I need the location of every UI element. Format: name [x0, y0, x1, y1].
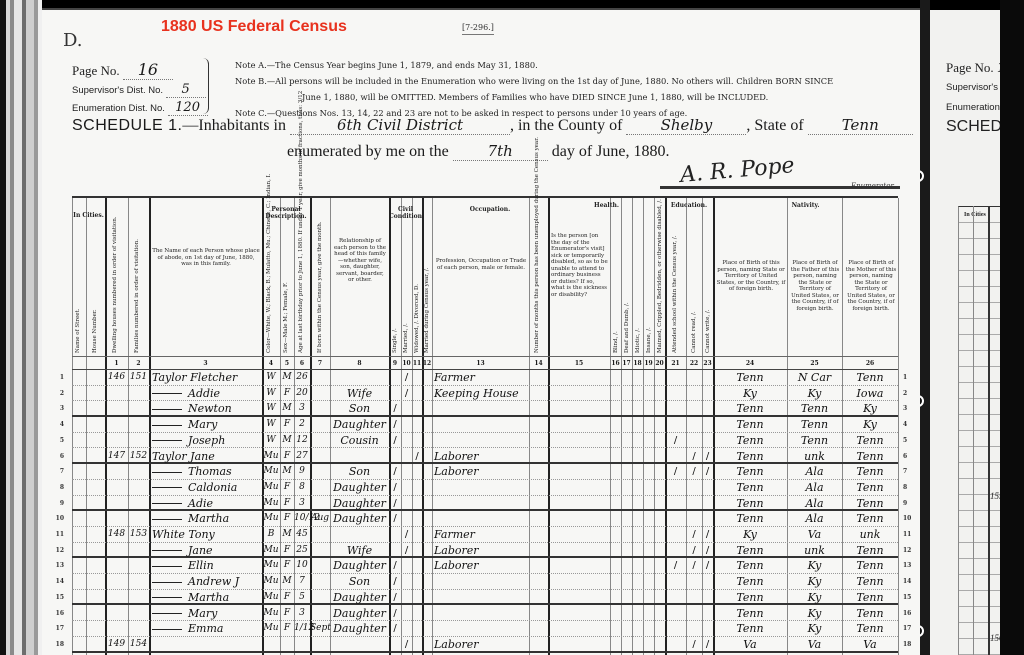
line-number: 11: [50, 531, 64, 538]
cell-write: /: [702, 464, 713, 480]
cell-family: [128, 386, 149, 402]
cell-relation: Daughter: [330, 480, 389, 496]
cell-father: Ky: [787, 558, 842, 574]
person-name: Taylor Jane: [152, 449, 260, 465]
cell-single: [389, 449, 401, 465]
cell-widowed: [412, 511, 422, 527]
line-number-right: 14: [903, 578, 917, 585]
note-a: Note A.—The Census Year begins June 1, 1…: [235, 57, 833, 73]
cell-birth: Tenn: [713, 606, 787, 622]
cell-write: [702, 386, 713, 402]
cell-single: /: [389, 480, 401, 496]
header-health: Health.: [548, 202, 665, 209]
cell-age: 7: [294, 574, 310, 590]
cell-single: /: [389, 496, 401, 512]
cell-relation: Cousin: [330, 433, 389, 449]
cell-write: [702, 480, 713, 496]
line-number-right: 8: [903, 484, 917, 491]
cell-write: [702, 621, 713, 637]
cell-mother: Tenn: [842, 558, 898, 574]
cell-family: 152: [128, 449, 149, 465]
header-cannot-write: Cannot write, /.: [705, 298, 711, 353]
cell-father: Ala: [787, 464, 842, 480]
cell-color: Mu: [262, 574, 280, 590]
cell-widowed: [412, 527, 422, 543]
cell-family: 151: [128, 370, 149, 386]
cell-read: [686, 574, 702, 590]
cell-color: Mu: [262, 543, 280, 559]
cell-widowed: [412, 621, 422, 637]
cell-birth: Tenn: [713, 449, 787, 465]
cell-widowed: [412, 464, 422, 480]
cell-widowed: [412, 401, 422, 417]
line-number: 7: [50, 468, 64, 475]
cell-born-month: [310, 606, 330, 622]
brace: [203, 58, 209, 114]
cell-married: [401, 511, 412, 527]
cell-mother: Tenn: [842, 449, 898, 465]
cell-family: [128, 621, 149, 637]
cell-relation: Wife: [330, 386, 389, 402]
next-page-enumeration-label: Enumeration Di: [946, 102, 1000, 113]
given-name: Emma: [188, 622, 223, 635]
given-name: Mary: [188, 418, 217, 431]
given-name: Fletcher: [190, 371, 237, 384]
cell-father: unk: [787, 543, 842, 559]
given-name: Jane: [190, 450, 215, 463]
table-row: 11Taylor Fletcher146151WM26/FarmerTennN …: [72, 370, 898, 386]
cell-single: /: [389, 464, 401, 480]
cell-widowed: [412, 417, 422, 433]
enumeration-district-field: Enumeration Dist. No. 120: [72, 100, 208, 116]
cell-read: [686, 386, 702, 402]
cell-read: [686, 370, 702, 386]
cell-relation: Son: [330, 401, 389, 417]
cell-married: [401, 449, 412, 465]
cell-single: /: [389, 433, 401, 449]
table-row: 99AdieMuF3Daughter/TennAlaTenn: [72, 496, 898, 512]
note-b: Note B.—All persons will be included in …: [235, 73, 833, 89]
book-binding: [0, 0, 42, 655]
cell-father: Tenn: [787, 433, 842, 449]
cell-father: Ky: [787, 621, 842, 637]
cell-born-month: [310, 496, 330, 512]
cell-married: [401, 590, 412, 606]
cell-family: [128, 558, 149, 574]
cell-born-month: [310, 543, 330, 559]
cell-read: /: [686, 527, 702, 543]
cell-relation: [330, 527, 389, 543]
line-number-right: 1: [903, 374, 917, 381]
cell-family: [128, 606, 149, 622]
table-row: 88CaldoniaMuF8Daughter/TennAlaTenn: [72, 480, 898, 496]
cell-widowed: [412, 637, 422, 653]
surname: Taylor: [152, 450, 187, 463]
line-number: 13: [50, 562, 64, 569]
next-page-grid: [958, 206, 1000, 655]
cell-age: 3: [294, 496, 310, 512]
cell-read: [686, 433, 702, 449]
cell-married: [401, 496, 412, 512]
cell-mother: Tenn: [842, 370, 898, 386]
cell-school: [665, 401, 686, 417]
cell-write: [702, 433, 713, 449]
line-number-right: 16: [903, 610, 917, 617]
ditto-dash: [152, 487, 182, 488]
cell-relation: Daughter: [330, 496, 389, 512]
cell-born-month: [310, 464, 330, 480]
cell-school: /: [665, 464, 686, 480]
cell-married: /: [401, 637, 412, 653]
cell-single: [389, 637, 401, 653]
cell-mother: Va: [842, 637, 898, 653]
header-married: Married, /.: [403, 298, 409, 353]
person-name: Mary: [152, 417, 260, 433]
cell-occupation: Laborer: [434, 464, 529, 480]
cell-widowed: [412, 433, 422, 449]
ditto-dash: [152, 566, 182, 567]
cell-family: [128, 496, 149, 512]
line-number: 5: [50, 437, 64, 444]
cell-dwelling: [105, 401, 128, 417]
header-house-number: House Number.: [92, 258, 98, 353]
cell-birth: Tenn: [713, 480, 787, 496]
cell-sex: F: [280, 386, 294, 402]
cell-color: W: [262, 433, 280, 449]
cell-read: [686, 480, 702, 496]
person-name: Emma: [152, 621, 260, 637]
table-row: 1414Andrew JMuM7Son/TennKyTenn: [72, 574, 898, 590]
cell-widowed: [412, 606, 422, 622]
page-number-field: Page No. 16: [72, 60, 173, 80]
cell-married: [401, 574, 412, 590]
cell-born-month: [310, 449, 330, 465]
cell-age: [294, 637, 310, 653]
cell-family: 154: [128, 637, 149, 653]
person-name: White Tony: [152, 527, 260, 543]
enumeration-date-line: enumerated by me on the 7th day of June,…: [287, 142, 669, 161]
next-page-supervisor-label: Supervisor's Dist.: [946, 82, 1000, 93]
cell-widowed: [412, 543, 422, 559]
table-row: 1717EmmaMuF1/12SeptDaughter/TennKyTenn: [72, 621, 898, 637]
line-number-right: 11: [903, 531, 917, 538]
supervisor-district-field: Supervisor's Dist. No. 5: [72, 82, 206, 98]
cell-married: [401, 558, 412, 574]
cell-dwelling: [105, 496, 128, 512]
cell-relation: Daughter: [330, 606, 389, 622]
cell-birth: Tenn: [713, 543, 787, 559]
line-number-right: 7: [903, 468, 917, 475]
cell-born-month: [310, 370, 330, 386]
line-number: 9: [50, 500, 64, 507]
line-number-right: 10: [903, 515, 917, 522]
cell-school: [665, 621, 686, 637]
cell-sex: F: [280, 621, 294, 637]
cell-write: [702, 496, 713, 512]
surname: White: [152, 528, 185, 541]
cell-birth: Tenn: [713, 417, 787, 433]
cell-single: /: [389, 401, 401, 417]
cell-dwelling: [105, 511, 128, 527]
header-color: Color—White, W.; Black, B.; Mulatto, Mu.…: [266, 223, 272, 353]
cell-relation: Son: [330, 574, 389, 590]
cell-father: Ala: [787, 511, 842, 527]
cell-read: [686, 621, 702, 637]
cell-occupation: [434, 417, 529, 433]
ditto-dash: [152, 409, 182, 410]
cell-school: [665, 480, 686, 496]
cell-write: [702, 606, 713, 622]
table-row: 55JosephWM12Cousin//TennTennTenn: [72, 433, 898, 449]
cell-age: 1/12: [294, 621, 310, 637]
header-birth-father: Place of Birth of the Father of this per…: [790, 260, 840, 312]
line-number-right: 12: [903, 547, 917, 554]
cell-sex: M: [280, 574, 294, 590]
ditto-dash: [152, 550, 182, 551]
cell-school: [665, 496, 686, 512]
cell-dwelling: 149: [105, 637, 128, 653]
line-number: 4: [50, 421, 64, 428]
cell-read: [686, 590, 702, 606]
cell-sex: M: [280, 464, 294, 480]
table-row: 1010MarthaMuF10/12AugDaughter/TennAlaTen…: [72, 511, 898, 527]
person-name: Mary: [152, 606, 260, 622]
cell-married: /: [401, 370, 412, 386]
ditto-dash: [152, 519, 182, 520]
line-number: 15: [50, 594, 64, 601]
enumeration-district-value: 120: [168, 100, 208, 116]
cell-color: B: [262, 527, 280, 543]
cell-dwelling: [105, 433, 128, 449]
cell-dwelling: 146: [105, 370, 128, 386]
cell-mother: Tenn: [842, 433, 898, 449]
cell-mother: Tenn: [842, 590, 898, 606]
cell-married: /: [401, 543, 412, 559]
given-name: Mary: [188, 607, 217, 620]
person-name: Joseph: [152, 433, 260, 449]
cell-read: /: [686, 558, 702, 574]
cell-mother: Tenn: [842, 464, 898, 480]
cell-mother: Ky: [842, 417, 898, 433]
line-number: 6: [50, 453, 64, 460]
cell-relation: Son: [330, 464, 389, 480]
cell-occupation: Farmer: [434, 370, 529, 386]
cell-married: [401, 401, 412, 417]
person-name: Ellin: [152, 558, 260, 574]
cell-widowed: [412, 558, 422, 574]
cell-father: Ky: [787, 606, 842, 622]
line-number-right: 2: [903, 390, 917, 397]
cell-single: /: [389, 417, 401, 433]
cell-birth: Tenn: [713, 558, 787, 574]
cell-school: [665, 417, 686, 433]
cell-age: 10: [294, 558, 310, 574]
cell-age: 2: [294, 417, 310, 433]
cell-born-month: Aug: [310, 511, 330, 527]
line-number: 3: [50, 405, 64, 412]
cell-read: /: [686, 464, 702, 480]
cell-widowed: [412, 590, 422, 606]
cell-born-month: [310, 480, 330, 496]
cell-single: [389, 386, 401, 402]
cell-occupation: Laborer: [434, 543, 529, 559]
cell-relation: [330, 637, 389, 653]
table-row: 77ThomasMuM9Son/Laborer///TennAlaTenn: [72, 464, 898, 480]
cell-birth: Va: [713, 637, 787, 653]
header-education: Education.: [665, 202, 713, 209]
cell-color: Mu: [262, 621, 280, 637]
header-sex: Sex—Male M.; Female, F.: [283, 238, 289, 353]
line-number: 2: [50, 390, 64, 397]
note-b-continued: June 1, 1880, will be OMITTED. Members o…: [235, 89, 833, 105]
cell-mother: Tenn: [842, 574, 898, 590]
cell-birth: Tenn: [713, 511, 787, 527]
header-deaf: Deaf and Dumb, /.: [624, 298, 630, 353]
header-street: Name of Street.: [75, 258, 81, 353]
cell-family: [128, 574, 149, 590]
cell-dwelling: [105, 386, 128, 402]
cell-mother: unk: [842, 527, 898, 543]
cell-father: Tenn: [787, 417, 842, 433]
cell-dwelling: [105, 574, 128, 590]
county-value: Shelby: [626, 116, 746, 135]
cell-write: [702, 417, 713, 433]
cell-family: [128, 433, 149, 449]
cell-write: /: [702, 637, 713, 653]
cell-born-month: [310, 574, 330, 590]
header-attended-school: Attended school within the Census year, …: [672, 228, 678, 353]
cell-write: [702, 401, 713, 417]
cell-age: 9: [294, 464, 310, 480]
ditto-dash: [152, 393, 182, 394]
table-row: 1616MaryMuF3Daughter/TennKyTenn: [72, 606, 898, 622]
next-page-family-number: 155: [990, 491, 1000, 501]
cell-birth: Tenn: [713, 401, 787, 417]
cell-write: /: [702, 558, 713, 574]
table-row: 66Taylor Jane147152MuF27/Laborer//Tennun…: [72, 449, 898, 465]
cell-family: [128, 543, 149, 559]
cell-write: /: [702, 527, 713, 543]
given-name: Joseph: [188, 434, 225, 447]
cell-family: [128, 401, 149, 417]
given-name: Tony: [188, 528, 214, 541]
person-name: Thomas: [152, 464, 260, 480]
header-name: The Name of each Person whose place of a…: [152, 248, 260, 268]
cell-dwelling: [105, 558, 128, 574]
cell-dwelling: [105, 606, 128, 622]
cell-mother: Tenn: [842, 543, 898, 559]
cell-married: [401, 480, 412, 496]
cell-age: 12: [294, 433, 310, 449]
cell-color: Mu: [262, 558, 280, 574]
line-number-right: 13: [903, 562, 917, 569]
cell-age: 20: [294, 386, 310, 402]
person-name: Taylor Fletcher: [152, 370, 260, 386]
person-name: [152, 637, 260, 653]
cell-write: /: [702, 449, 713, 465]
cell-family: [128, 417, 149, 433]
cell-single: [389, 527, 401, 543]
line-number-right: 15: [903, 594, 917, 601]
cell-read: /: [686, 543, 702, 559]
background-edge: [1000, 0, 1024, 655]
cell-sex: F: [280, 496, 294, 512]
cell-relation: Daughter: [330, 558, 389, 574]
line-number: 18: [50, 641, 64, 648]
cell-married: [401, 621, 412, 637]
cell-sex: F: [280, 558, 294, 574]
cell-school: [665, 590, 686, 606]
cell-family: 153: [128, 527, 149, 543]
cell-father: Tenn: [787, 401, 842, 417]
surname: Taylor: [152, 371, 187, 384]
cell-sex: F: [280, 543, 294, 559]
cell-birth: Ky: [713, 527, 787, 543]
cell-occupation: [434, 606, 529, 622]
cell-school: [665, 449, 686, 465]
cell-sex: F: [280, 480, 294, 496]
census-table: In Cities. Personal Description. Civil C…: [72, 196, 898, 655]
cell-father: Ala: [787, 480, 842, 496]
cell-sex: F: [280, 449, 294, 465]
cell-age: 8: [294, 480, 310, 496]
cell-school: /: [665, 558, 686, 574]
cell-occupation: [434, 574, 529, 590]
supervisor-district-value: 5: [166, 82, 206, 98]
cell-mother: Tenn: [842, 480, 898, 496]
cell-dwelling: [105, 590, 128, 606]
corner-letter: D.: [63, 30, 83, 51]
cell-widowed: [412, 370, 422, 386]
person-name: Jane: [152, 543, 260, 559]
person-name: Newton: [152, 401, 260, 417]
cell-color: W: [262, 386, 280, 402]
cell-color: Mu: [262, 449, 280, 465]
cell-age: 3: [294, 606, 310, 622]
cell-widowed: [412, 480, 422, 496]
cell-married: [401, 433, 412, 449]
line-number-right: 5: [903, 437, 917, 444]
header-single: Single, /.: [392, 298, 398, 353]
cell-color: Mu: [262, 511, 280, 527]
cell-born-month: [310, 417, 330, 433]
ditto-dash: [152, 425, 182, 426]
cell-single: /: [389, 621, 401, 637]
header-relationship: Relationship of each person to the head …: [333, 238, 387, 284]
ditto-dash: [152, 440, 182, 441]
table-row: 1111White Tony148153BM45/Farmer//KyVaunk: [72, 527, 898, 543]
form-code: [7-296.]: [462, 23, 494, 35]
ditto-dash: [152, 597, 182, 598]
cell-occupation: [434, 621, 529, 637]
cell-mother: Iowa: [842, 386, 898, 402]
cell-single: /: [389, 511, 401, 527]
given-name: Ellin: [188, 559, 214, 572]
cell-born-month: [310, 558, 330, 574]
cell-relation: Daughter: [330, 621, 389, 637]
cell-mother: Tenn: [842, 496, 898, 512]
cell-read: [686, 496, 702, 512]
cell-father: Ky: [787, 590, 842, 606]
cell-write: [702, 370, 713, 386]
person-name: Addie: [152, 386, 260, 402]
cell-single: [389, 370, 401, 386]
next-page-family-number: 156: [990, 633, 1000, 643]
cell-mother: Tenn: [842, 511, 898, 527]
cell-dwelling: [105, 417, 128, 433]
cell-single: /: [389, 590, 401, 606]
ditto-dash: [152, 629, 182, 630]
